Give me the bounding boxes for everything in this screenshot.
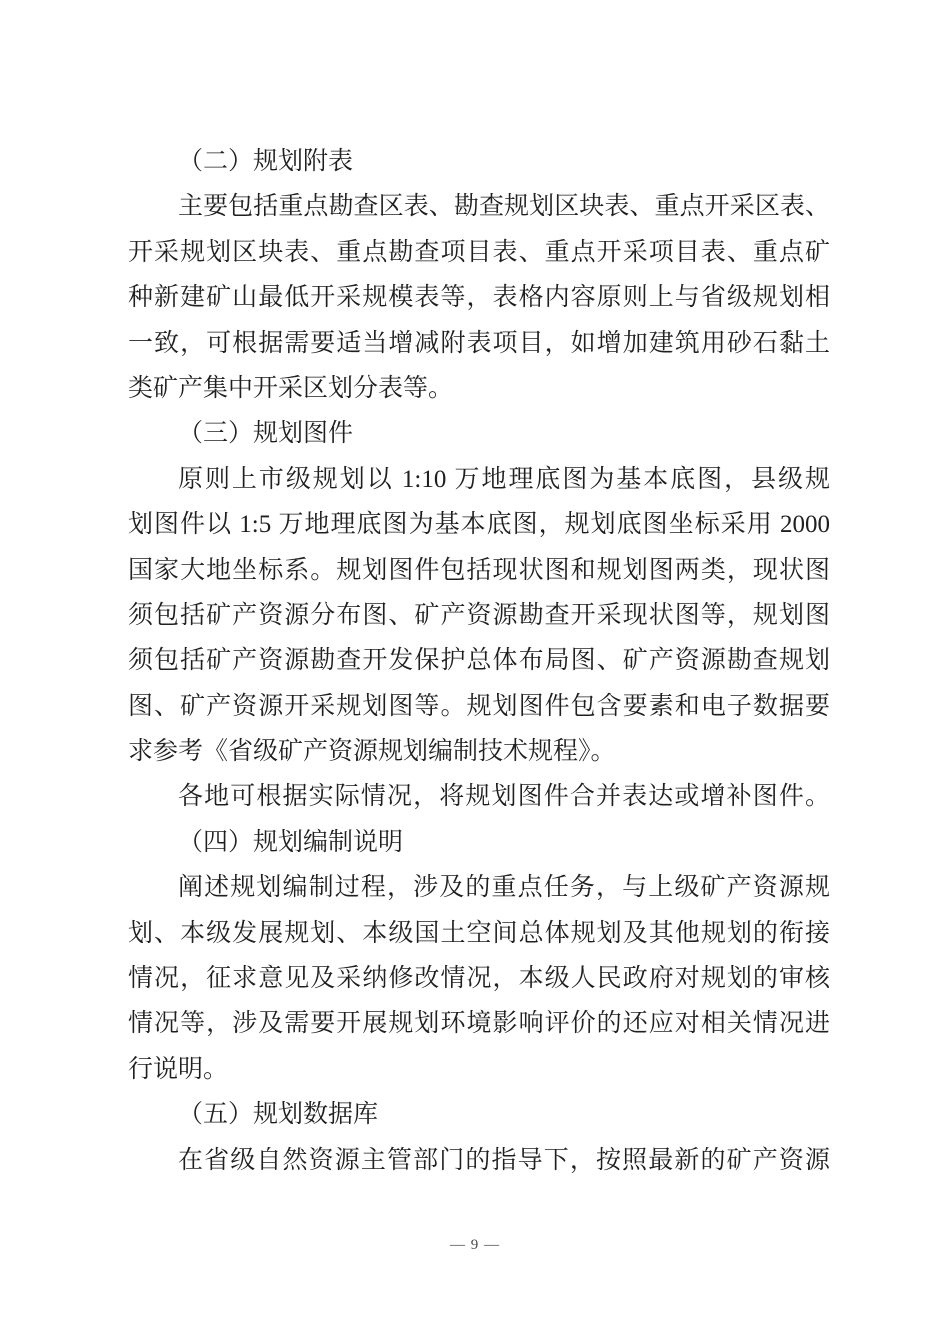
- page-number: — 9 —: [450, 1237, 500, 1253]
- document-page: （二）规划附表主要包括重点勘查区表、勘查规划区块表、重点开采区表、开采规划区块表…: [0, 0, 950, 1344]
- text-line: 在省级自然资源主管部门的指导下，按照最新的矿产资源: [128, 1138, 830, 1183]
- page-footer: — 9 —: [0, 1234, 950, 1256]
- section-heading: （五）规划数据库: [128, 1092, 830, 1137]
- text-line: 原则上市级规划以 1:10 万地理底图为基本底图，县级规: [128, 457, 830, 502]
- text-line: 国家大地坐标系。规划图件包括现状图和规划图两类，现状图: [128, 548, 830, 593]
- text-line: 主要包括重点勘查区表、勘查规划区块表、重点开采区表、: [128, 184, 830, 229]
- text-line: 行说明。: [128, 1047, 830, 1092]
- section-heading: （四）规划编制说明: [128, 820, 830, 865]
- text-line: 阐述规划编制过程，涉及的重点任务，与上级矿产资源规: [128, 865, 830, 910]
- text-line: 划、本级发展规划、本级国土空间总体规划及其他规划的衔接: [128, 911, 830, 956]
- text-line: 开采规划区块表、重点勘查项目表、重点开采项目表、重点矿: [128, 230, 830, 275]
- text-line: 类矿产集中开采区划分表等。: [128, 366, 830, 411]
- section-heading: （二）规划附表: [128, 139, 830, 184]
- text-line: 划图件以 1:5 万地理底图为基本底图，规划底图坐标采用 2000: [128, 502, 830, 547]
- text-line: 各地可根据实际情况，将规划图件合并表达或增补图件。: [128, 774, 830, 819]
- text-line: 情况，征求意见及采纳修改情况，本级人民政府对规划的审核: [128, 956, 830, 1001]
- document-body: （二）规划附表主要包括重点勘查区表、勘查规划区块表、重点开采区表、开采规划区块表…: [128, 139, 830, 1183]
- text-line: 求参考《省级矿产资源规划编制技术规程》。: [128, 729, 830, 774]
- text-line: 须包括矿产资源勘查开发保护总体布局图、矿产资源勘查规划: [128, 638, 830, 683]
- text-line: 须包括矿产资源分布图、矿产资源勘查开采现状图等，规划图: [128, 593, 830, 638]
- text-line: 情况等，涉及需要开展规划环境影响评价的还应对相关情况进: [128, 1001, 830, 1046]
- text-line: 图、矿产资源开采规划图等。规划图件包含要素和电子数据要: [128, 684, 830, 729]
- text-line: 一致，可根据需要适当增减附表项目，如增加建筑用砂石黏土: [128, 321, 830, 366]
- text-line: 种新建矿山最低开采规模表等，表格内容原则上与省级规划相: [128, 275, 830, 320]
- section-heading: （三）规划图件: [128, 411, 830, 456]
